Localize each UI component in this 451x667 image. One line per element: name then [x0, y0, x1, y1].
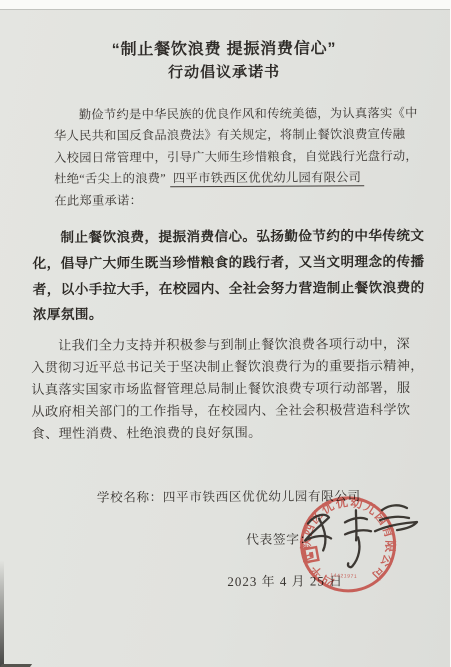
- company-name-underlined: 四平市铁西区优优幼儿园有限公司: [170, 170, 364, 187]
- paragraph-intro-line: 杜绝“舌尖上的浪费”四平市铁西区优优幼儿园有限公司: [54, 167, 414, 190]
- signature-stroke: [319, 518, 325, 550]
- signature-stroke: [345, 530, 371, 534]
- paragraph-action: 让我们全力支持并积极参与到制止餐饮浪费各项行动中，深 入贯彻习近平总书记关于坚决…: [31, 333, 432, 446]
- photo-edge-shadow-left: [0, 560, 4, 667]
- signature-stroke: [380, 517, 409, 520]
- paragraph-pledge-line: 浓厚氛围。: [33, 300, 433, 328]
- paragraph-action-line: 从政府相关部门的工作指导，在校园内、全社会积极营造科学饮: [31, 399, 431, 423]
- paragraph-action-line: 认真落实国家市场监督管理总局制止餐饮浪费专项行动部署，服: [31, 377, 431, 401]
- document-title-line2: 行动倡议承诺书: [0, 60, 450, 83]
- seal-serial-number: 14421971: [330, 573, 357, 580]
- paragraph-pledge-line: 化，倡导广大师生既当珍惜粮食的践行者，又当文明理念的传播: [33, 249, 433, 277]
- signature-stroke: [375, 522, 417, 531]
- paragraph-pledge-line: 制止餐饮浪费，提振消费信心。弘扬勤俭节约的中华传统文: [32, 223, 432, 251]
- paragraph-action-line: 入贯彻习近平总书记关于坚决制止餐饮浪费行为的重要指示精神，: [31, 355, 431, 379]
- paragraph-intro-line: 入校园日常管理中，引导广大师生珍惜粮食，自觉践行光盘行动，: [54, 146, 414, 169]
- paragraph-intro-line: 在此郑重承诺：: [54, 189, 414, 212]
- signature-stroke: [382, 505, 407, 510]
- paragraph-intro-line: 华人民共和国反食品浪费法》有关规定，将制止餐饮浪费宣传融: [54, 124, 414, 147]
- paragraph-pledge-line: 者，以小手拉大手，在校园内、全社会努力营造制止餐饮浪费的: [33, 275, 433, 303]
- signature-stroke: [356, 510, 357, 540]
- paragraph-intro: 勤俭节约是中华民族的优良作风和传统美德，为认真落实《中 华人民共和国反食品浪费法…: [54, 103, 415, 212]
- paragraph-pledge-bold: 制止餐饮浪费，提振消费信心。弘扬勤俭节约的中华传统文 化，倡导广大师生既当珍惜粮…: [32, 223, 433, 328]
- document-content: “制止餐饮浪费 提振消费信心” 行动倡议承诺书 勤俭节约是中华民族的优良作风和传…: [0, 0, 451, 667]
- quote-waste-phrase: 杜绝“舌尖上的浪费”: [54, 171, 166, 186]
- signature-handwriting: [294, 493, 426, 574]
- school-name-label: 学校名称：: [97, 490, 163, 504]
- paragraph-intro-line: 勤俭节约是中华民族的优良作风和传统美德，为认真落实《中: [54, 103, 414, 126]
- paragraph-action-line: 食、理性消费、杜绝浪费的良好氛围。: [31, 421, 431, 445]
- signature-stroke: [348, 537, 360, 567]
- document-title-line1: “制止餐饮浪费 提振消费信心”: [0, 35, 450, 60]
- paragraph-action-line: 让我们全力支持并积极参与到制止餐饮浪费各项行动中，深: [31, 333, 431, 357]
- document-photo: “制止餐饮浪费 提振消费信心” 行动倡议承诺书 勤俭节约是中华民族的优良作风和传…: [0, 0, 451, 667]
